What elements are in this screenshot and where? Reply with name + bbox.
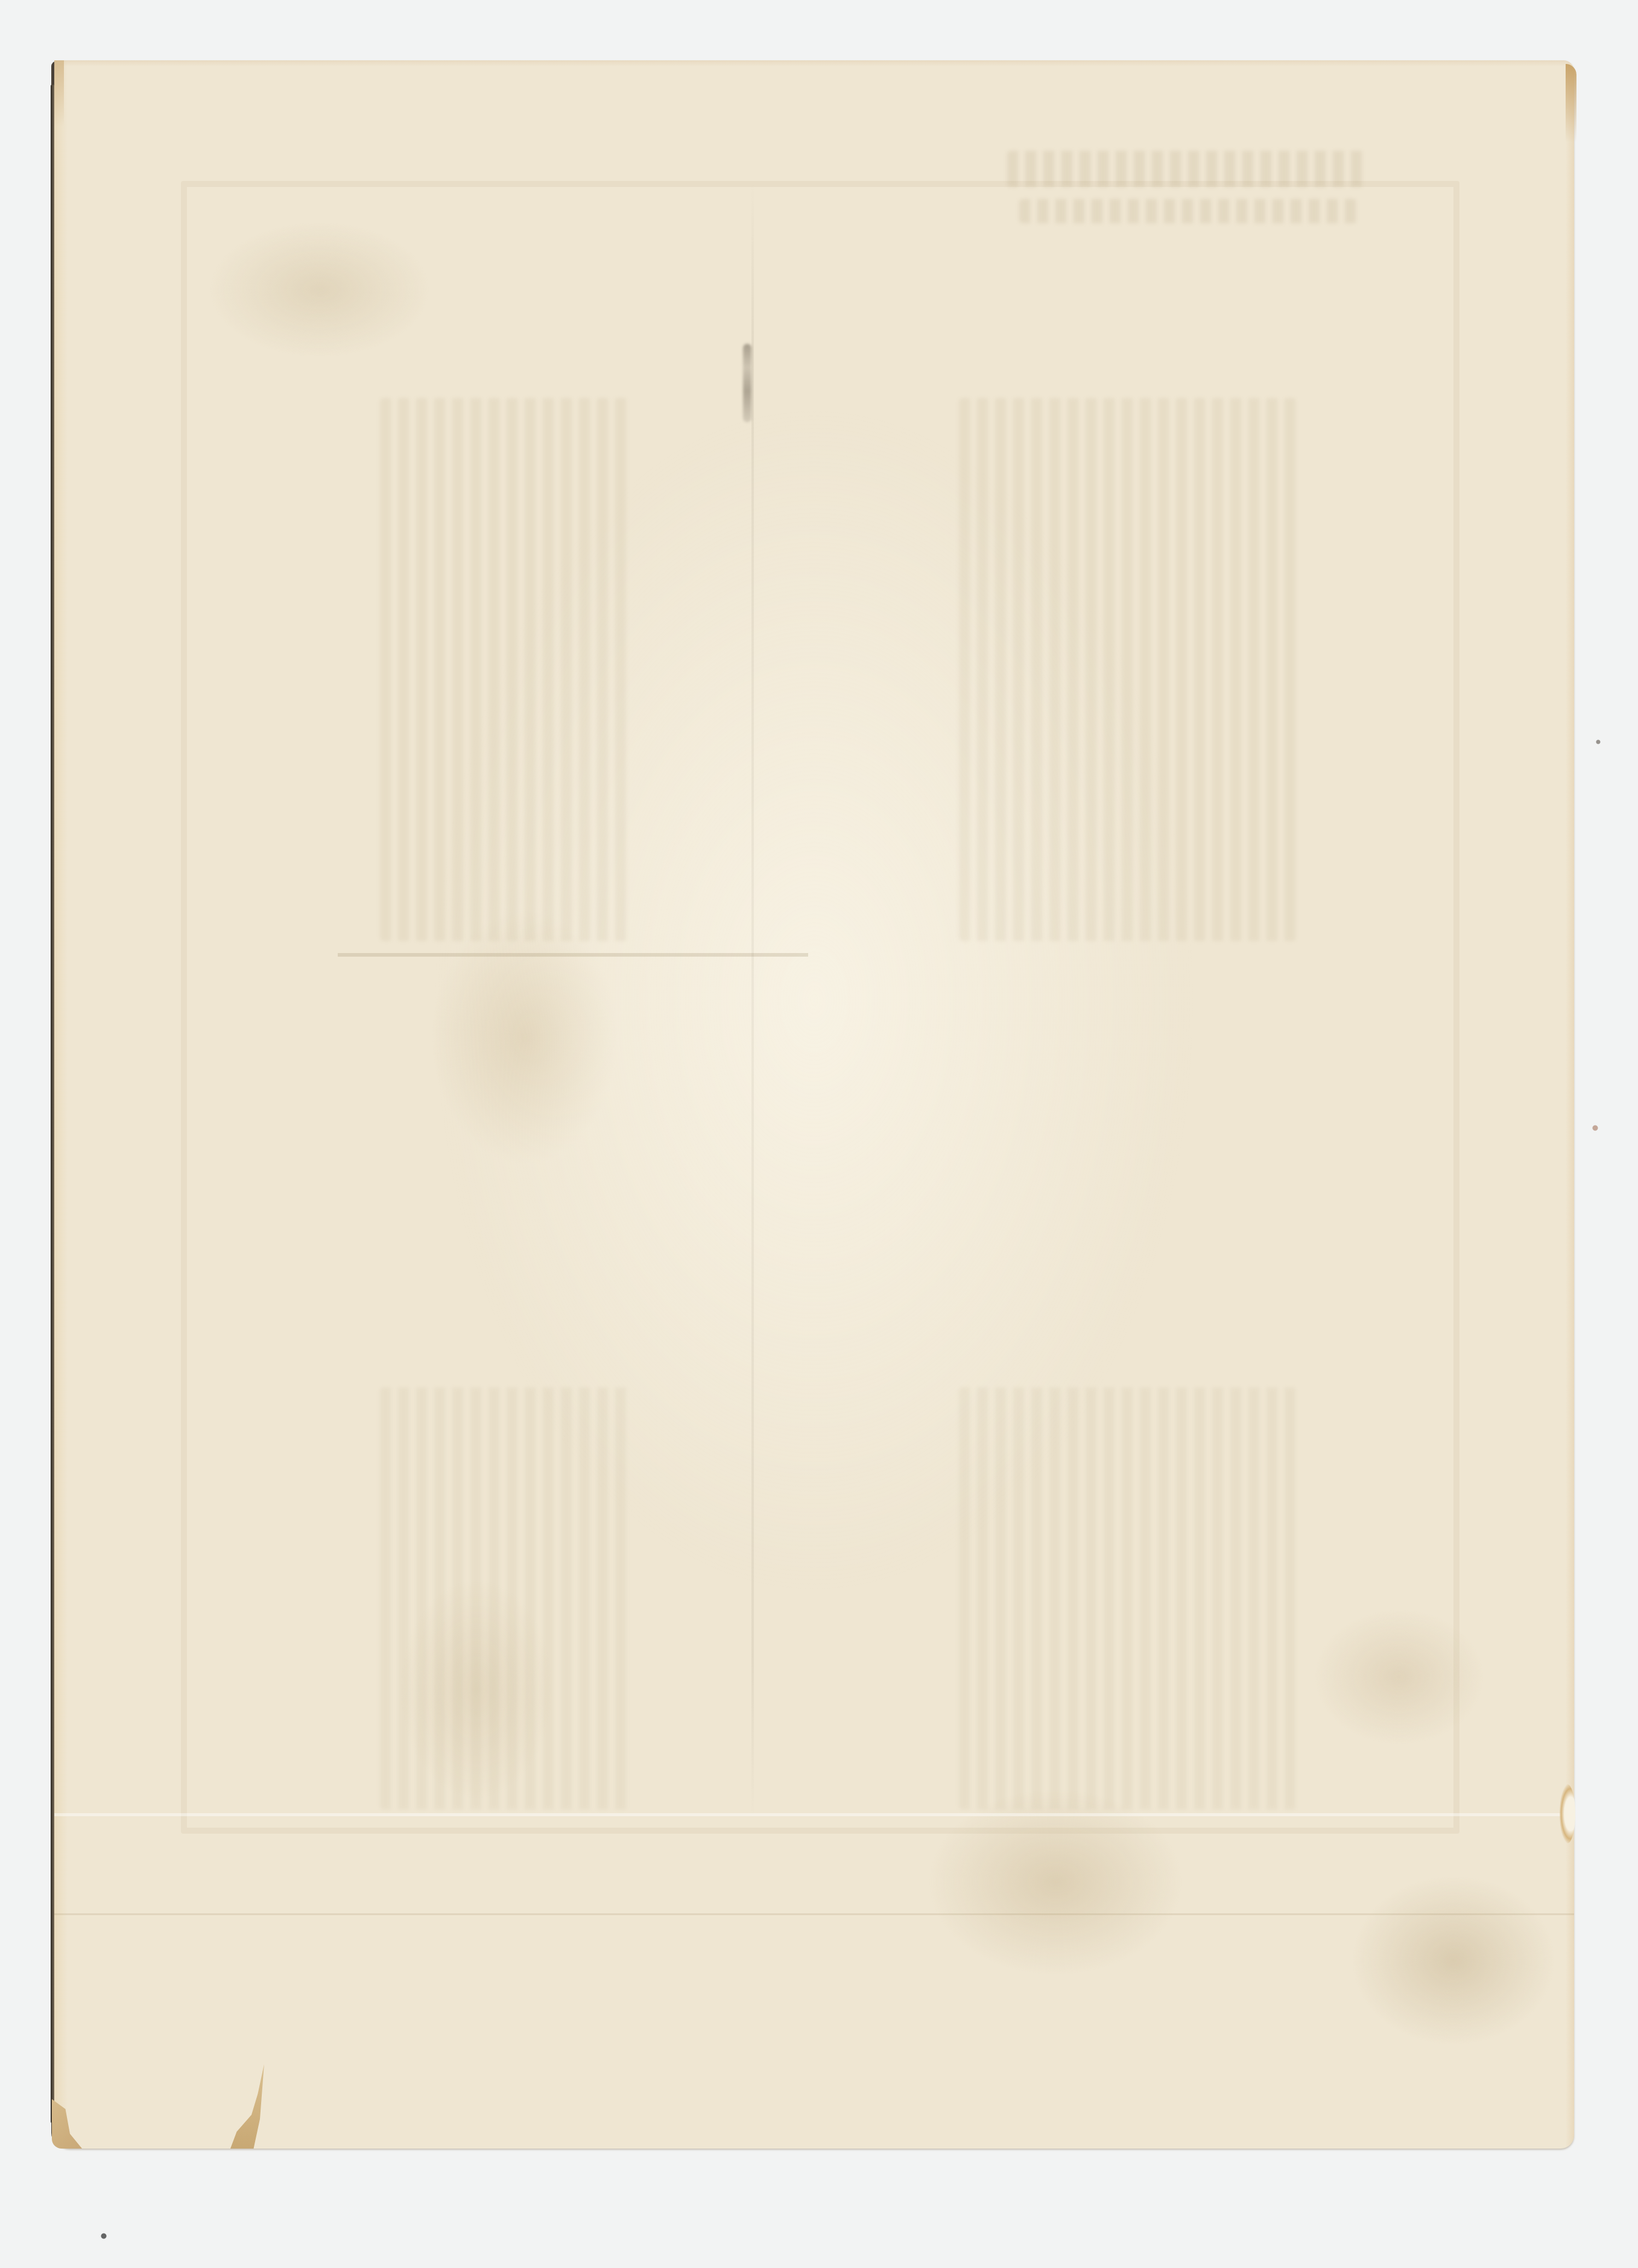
ghost-print-column [380, 398, 633, 941]
corner-wear-top-right [1566, 64, 1576, 142]
lower-crease [54, 1913, 1574, 1915]
center-fold-line [751, 181, 754, 1822]
ghost-print-column [380, 1387, 633, 1810]
ghost-print-subheading [1019, 199, 1357, 223]
fold-mark [743, 344, 751, 422]
ghost-print-heading [1007, 151, 1369, 187]
corner-wear-top-left [54, 60, 64, 127]
scanner-streak [54, 1813, 1574, 1816]
ghost-print-column [959, 398, 1297, 941]
ghost-print-column [959, 1387, 1297, 1810]
edge-nick [1560, 1784, 1575, 1843]
card-back [54, 60, 1574, 2149]
ghost-print-divider [338, 953, 808, 957]
